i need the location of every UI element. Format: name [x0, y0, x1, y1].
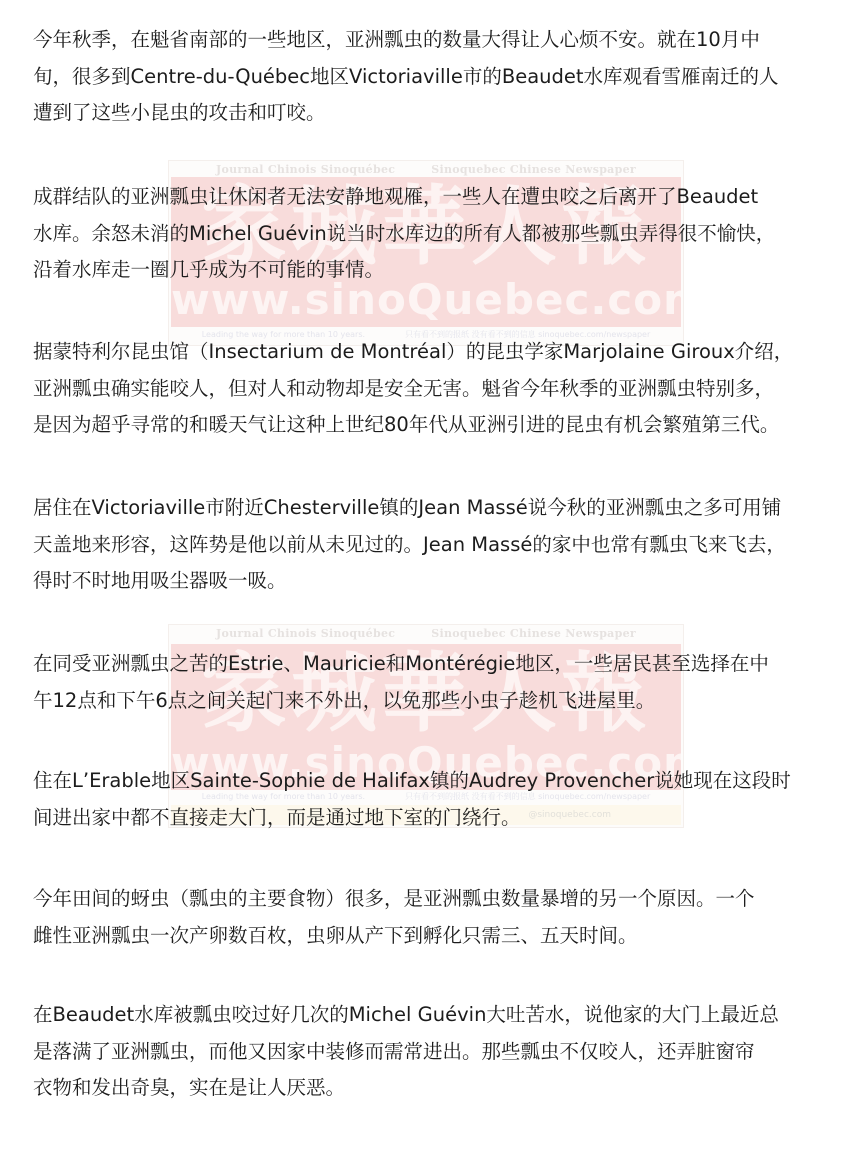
article-paragraph: 居住在Victoriaville市附近Chesterville镇的Jean Ma… [33, 490, 833, 600]
article-paragraph: 今年田间的蚜虫（瓢虫的主要食物）很多，是亚洲瓢虫数量暴增的另一个原因。一个 雌性… [33, 881, 833, 954]
article-paragraph: 据蒙特利尔昆虫馆（Insectarium de Montréal）的昆虫学家Ma… [33, 334, 833, 444]
paragraph-line: 居住在Victoriaville市附近Chesterville镇的Jean Ma… [33, 490, 833, 527]
paragraph-line: 天盖地来形容，这阵势是他以前从未见过的。Jean Massé的家中也常有瓢虫飞来… [33, 527, 833, 564]
paragraph-line: 得时不时地用吸尘器吸一吸。 [33, 563, 833, 600]
paragraph-line: 午12点和下午6点之间关起门来不外出，以免那些小虫子趁机飞进屋里。 [33, 683, 833, 720]
paragraph-line: 成群结队的亚洲瓢虫让休闲者无法安静地观雁，一些人在遭虫咬之后离开了Beaudet [33, 179, 833, 216]
paragraph-line: 间进出家中都不直接走大门，而是通过地下室的门绕行。 [33, 800, 833, 837]
article-paragraph: 成群结队的亚洲瓢虫让休闲者无法安静地观雁，一些人在遭虫咬之后离开了Beaudet… [33, 179, 833, 289]
watermark-header: Journal Chinois Sinoquébec Sinoquebec Ch… [169, 163, 683, 177]
paragraph-line: 今年田间的蚜虫（瓢虫的主要食物）很多，是亚洲瓢虫数量暴增的另一个原因。一个 [33, 881, 833, 918]
article-paragraph: 在同受亚洲瓢虫之苦的Estrie、Mauricie和Montérégie地区，一… [33, 646, 833, 719]
watermark-header-right: Sinoquebec Chinese Newspaper [431, 627, 636, 641]
paragraph-line: 遭到了这些小昆虫的攻击和叮咬。 [33, 95, 833, 132]
paragraph-line: 旬，很多到Centre-du-Québec地区Victoriaville市的Be… [33, 59, 833, 96]
paragraph-line: 是落满了亚洲瓢虫，而他又因家中装修而需常进出。那些瓢虫不仅咬人，还弄脏窗帘 [33, 1034, 833, 1071]
paragraph-line: 水库。余怒未消的Michel Guévin说当时水库边的所有人都被那些瓢虫弄得很… [33, 216, 833, 253]
paragraph-line: 亚洲瓢虫确实能咬人，但对人和动物却是安全无害。魁省今年秋季的亚洲瓢虫特别多， [33, 371, 833, 408]
paragraph-line: 是因为超乎寻常的和暖天气让这种上世纪80年代从亚洲引进的昆虫有机会繁殖第三代。 [33, 407, 833, 444]
article-paragraph: 在Beaudet水库被瓢虫咬过好几次的Michel Guévin大吐苦水，说他家… [33, 997, 833, 1107]
watermark-header-left: Journal Chinois Sinoquébec [216, 163, 395, 177]
paragraph-line: 衣物和发出奇臭，实在是让人厌恶。 [33, 1070, 833, 1107]
paragraph-line: 在同受亚洲瓢虫之苦的Estrie、Mauricie和Montérégie地区，一… [33, 646, 833, 683]
watermark-header: Journal Chinois Sinoquébec Sinoquebec Ch… [169, 627, 683, 641]
watermark-header-right: Sinoquebec Chinese Newspaper [431, 163, 636, 177]
watermark-header-left: Journal Chinois Sinoquébec [216, 627, 395, 641]
paragraph-line: 在Beaudet水库被瓢虫咬过好几次的Michel Guévin大吐苦水，说他家… [33, 997, 833, 1034]
paragraph-line: 雌性亚洲瓢虫一次产卵数百枚，虫卵从产下到孵化只需三、五天时间。 [33, 918, 833, 955]
paragraph-line: 据蒙特利尔昆虫馆（Insectarium de Montréal）的昆虫学家Ma… [33, 334, 833, 371]
article-paragraph: 今年秋季，在魁省南部的一些地区，亚洲瓢虫的数量大得让人心烦不安。就在10月中 旬… [33, 22, 833, 132]
paragraph-line: 住在L’Erable地区Sainte-Sophie de Halifax镇的Au… [33, 763, 833, 800]
paragraph-line: 今年秋季，在魁省南部的一些地区，亚洲瓢虫的数量大得让人心烦不安。就在10月中 [33, 22, 833, 59]
paragraph-line: 沿着水库走一圈几乎成为不可能的事情。 [33, 252, 833, 289]
article-paragraph: 住在L’Erable地区Sainte-Sophie de Halifax镇的Au… [33, 763, 833, 836]
